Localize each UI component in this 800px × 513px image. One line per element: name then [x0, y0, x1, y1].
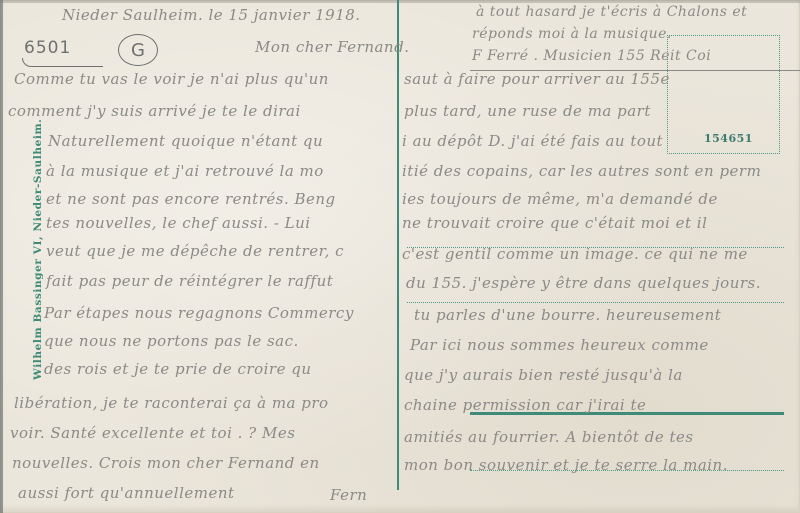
letter-line-left: et ne sont pas encore rentrés. Beng [46, 190, 336, 208]
card-edge-shadow [0, 0, 3, 513]
card-top-edge [0, 0, 800, 3]
letter-line-left: libération, je te raconterai ça à ma pro [14, 394, 329, 412]
letter-line-left: à la musique et j'ai retrouvé la mo [46, 162, 324, 180]
letter-line-left: Comme tu vas le voir je n'ai plus qu'un [14, 70, 329, 88]
letter-line-left: nouvelles. Crois mon cher Fernand en [12, 454, 320, 472]
letter-line-right: du 155. j'espère y être dans quelques jo… [406, 274, 761, 292]
address-line-2 [407, 302, 784, 303]
letter-line-left: fait pas peur de réintégrer le raffut [46, 272, 333, 290]
letter-dateline: Nieder Saulheim. le 15 janvier 1918. [62, 6, 361, 24]
letter-line-left: que nous ne portons pas le sac. [44, 332, 299, 350]
publisher-imprint: Wilhelm Bassinger VI, Nieder-Saulheim. [32, 119, 44, 380]
letter-line-right: c'est gentil comme un image. ce qui ne m… [402, 245, 748, 263]
letter-line-left: Naturellement quoique n'étant qu [48, 132, 323, 150]
stamp-box-number: 154651 [704, 132, 753, 145]
letter-line-left: veut que je me dépêche de rentrer, c [46, 242, 344, 260]
archive-number-underline [22, 58, 103, 67]
archive-letter-circle: G [118, 34, 158, 66]
letter-line-right: ies toujours de même, m'a demandé de [402, 190, 718, 208]
letter-line-left: aussi fort qu'annuellement [18, 484, 235, 502]
letter-line-left: tes nouvelles, le chef aussi. - Lui [46, 214, 311, 232]
letter-salutation: Mon cher Fernand. [255, 38, 409, 56]
letter-line-left: comment j'y suis arrivé je te le dirai [8, 102, 301, 120]
center-divider-line [397, 0, 399, 490]
letter-line-right: mon bon souvenir et je te serre la main. [404, 456, 728, 474]
letter-line-right: Par ici nous sommes heureux comme [410, 336, 709, 354]
letter-line-right: saut à faire pour arriver au 155e [404, 70, 670, 88]
letter-line-right: i au dépôt D. j'ai été fais au tout [402, 132, 663, 150]
archive-letter: G [131, 40, 145, 61]
letter-line-right: amitiés au fourrier. A bientôt de tes [404, 428, 694, 446]
letter-line-right: plus tard, une ruse de ma part [404, 102, 651, 120]
letter-line-right: tu parles d'une bourre. heureusement [414, 306, 721, 324]
top-note-line-2: réponds moi à la musique. [472, 26, 672, 42]
archive-number: 6501 [24, 38, 71, 58]
letter-line-left: voir. Santé excellente et toi . ? Mes [10, 424, 295, 442]
letter-line-left: des rois et je te prie de croire qu [44, 360, 312, 378]
letter-line-left: Par étapes nous regagnons Commercy [44, 304, 354, 322]
address-header: F Ferré . Musicien 155 Reit Coi [472, 48, 711, 64]
letter-line-right: ne trouvait croire que c'était moi et il [402, 214, 707, 232]
letter-line-right: itié des copains, car les autres sont en… [402, 162, 761, 180]
postcard-back: 6501 G Wilhelm Bassinger VI, Nieder-Saul… [0, 0, 800, 513]
top-note-line-1: à tout hasard je t'écris à Chalons et [476, 4, 747, 20]
letter-line-right: chaine permission car j'irai te [404, 396, 646, 414]
letter-signature: Fern [330, 486, 367, 504]
letter-line-right: que j'y aurais bien resté jusqu'à la [404, 366, 683, 384]
